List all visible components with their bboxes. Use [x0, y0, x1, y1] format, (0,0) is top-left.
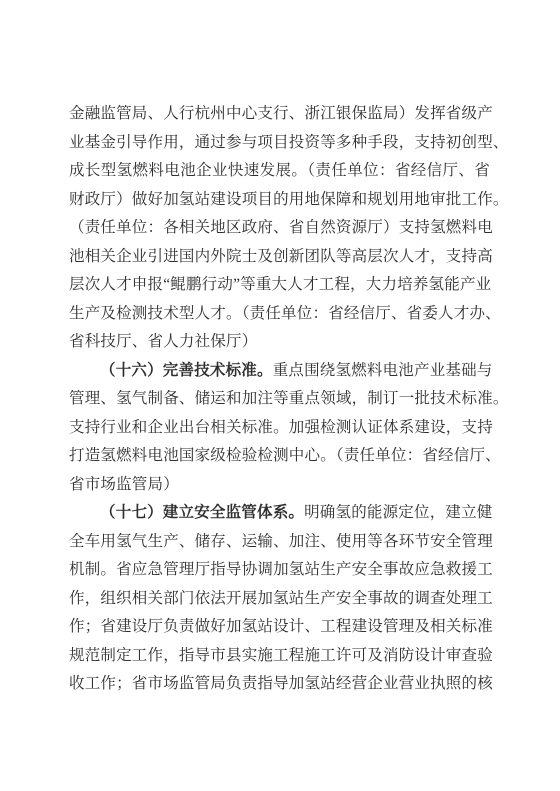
text-line: 机制。省应急管理厅指导协调加氢站生产安全事故应急救援工 — [69, 556, 490, 585]
document-page: 金融监管局、人行杭州中心支行、浙江银保监局）发挥省级产 业基金引导作用，通过参与… — [0, 0, 560, 791]
text-line: 规范制定工作，指导市县实施工程施工许可及消防设计审查验 — [69, 642, 490, 671]
text-line-paragraph-end: 省科技厅、省人力社保厅） — [69, 328, 490, 357]
text-line: 收工作；省市场监管局负责指导加氢站经营企业营业执照的核 — [69, 670, 490, 699]
text-line: 金融监管局、人行杭州中心支行、浙江银保监局）发挥省级产 — [69, 100, 490, 129]
text-line-paragraph-end: 省市场监管局） — [69, 471, 490, 500]
text-line: 打造氢燃料电池国家级检验检测中心。（责任单位：省经信厅、 — [69, 442, 490, 471]
section-16-body-start: 重点围绕氢燃料电池产业基础与 — [273, 362, 493, 379]
text-line: （责任单位：各相关地区政府、省自然资源厅）支持氢燃料电 — [69, 214, 490, 243]
text-line: 财政厅）做好加氢站建设项目的用地保障和规划用地审批工作。 — [69, 186, 490, 215]
text-line: 作，组织相关部门依法开展加氢站生产安全事故的调查处理工 — [69, 585, 490, 614]
section-17-heading: （十七）建立安全监管体系。 — [100, 504, 304, 521]
section-17-body-start: 明确氢的能源定位，建立健 — [304, 504, 492, 521]
text-line: 业基金引导作用，通过参与项目投资等多种手段，支持初创型、 — [69, 129, 490, 158]
section-16-heading: （十六）完善技术标准。 — [100, 362, 273, 379]
text-line: 成长型氢燃料电池企业快速发展。（责任单位：省经信厅、省 — [69, 157, 490, 186]
text-line: 层次人才申报“鲲鹏行动”等重大人才工程，大力培养氢能产业 — [69, 271, 490, 300]
document-text-block: 金融监管局、人行杭州中心支行、浙江银保监局）发挥省级产 业基金引导作用，通过参与… — [69, 100, 490, 699]
text-line-section-17-start: （十七）建立安全监管体系。明确氢的能源定位，建立健 — [69, 499, 490, 528]
text-line: 作；省建设厅负责做好加氢站设计、工程建设管理及相关标准 — [69, 613, 490, 642]
text-line: 全车用氢气生产、储存、运输、加注、使用等各环节安全管理 — [69, 528, 490, 557]
text-line-section-16-start: （十六）完善技术标准。重点围绕氢燃料电池产业基础与 — [69, 357, 490, 386]
text-line: 管理、氢气制备、储运和加注等重点领域，制订一批技术标准。 — [69, 385, 490, 414]
text-line: 池相关企业引进国内外院士及创新团队等高层次人才，支持高 — [69, 243, 490, 272]
text-line: 支持行业和企业出台相关标准。加强检测认证体系建设，支持 — [69, 414, 490, 443]
text-line: 生产及检测技术型人才。（责任单位：省经信厅、省委人才办、 — [69, 300, 490, 329]
